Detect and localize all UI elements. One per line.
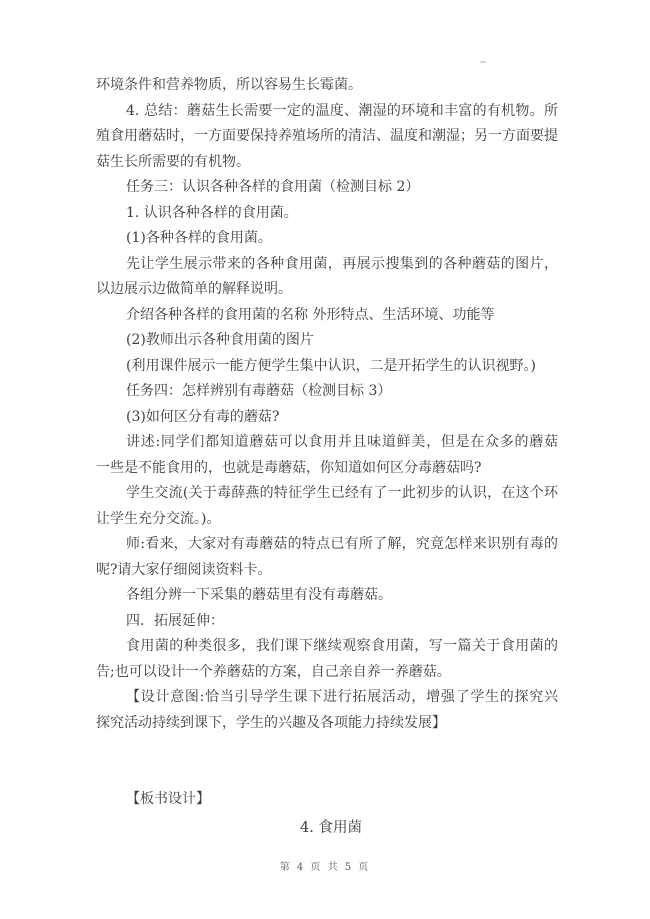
- text-line: 告;也可以设计一个养蘑菇的方案，自己亲自养一养蘑菇。: [96, 660, 558, 686]
- document-page: 环境条件和营养物质，所以容易生长霉菌。4. 总结：蘑菇生长需要一定的温度、潮湿的…: [0, 0, 650, 919]
- text-line: (3)如何区分有毒的蘑菇?: [96, 405, 558, 431]
- text-line: (1)各种各样的食用菌。: [96, 226, 558, 252]
- text-line: 一些是不能食用的，也就是毒蘑菇，你知道如何区分毒蘑菇吗?: [96, 456, 558, 482]
- text-line: 呢?请大家仔细阅读资料卡。: [96, 558, 558, 584]
- text-line: 学生交流(关于毒薛燕的特征学生已经有了一此初步的认识，在这个环节里: [96, 481, 558, 507]
- text-line: 介绍各种各样的食用菌的名称 外形特点、生活环境、功能等: [96, 303, 558, 329]
- text-line: 环境条件和营养物质，所以容易生长霉菌。: [96, 73, 558, 99]
- text-line: (2)教师出示各种食用菌的图片: [96, 328, 558, 354]
- text-line: 以边展示边做简单的解释说明。: [96, 277, 558, 303]
- text-line: 食用菌的种类很多，我们课下继续观察食用菌，写一篇关于食用菌的研究报: [96, 634, 558, 660]
- text-line: 【设计意图:恰当引导学生课下进行拓展活动，增强了学生的探究兴趣，将: [96, 685, 558, 711]
- text-line: 先让学生展示带来的各种食用菌，再展示搜集到的各种蘑菇的图片，学生可: [96, 252, 558, 278]
- text-line: 让学生充分交流。)。: [96, 507, 558, 533]
- text-line: 菇生长所需要的有机物。: [96, 150, 558, 176]
- text-line: (利用课件展示一能方便学生集中认识，二是开拓学生的认识视野。): [96, 354, 558, 380]
- text-line: 师:看来，大家对有毒蘑菇的特点已有所了解，究竟怎样来识别有毒的蘑菇: [96, 532, 558, 558]
- text-line: 1. 认识各种各样的食用菌。: [96, 201, 558, 227]
- board-design-heading: 【板书设计】: [126, 787, 210, 813]
- text-line: 讲述:同学们都知道蘑菇可以食用并且味道鲜美，但是在众多的蘑菇中，有: [96, 430, 558, 456]
- board-design-title: 4. 食用菌: [6, 816, 650, 842]
- text-line: 任务三：认识各种各样的食用菌（检测目标 2）: [96, 175, 558, 201]
- text-line: 殖食用蘑菇时，一方面要保持养殖场所的清洁、温度和潮湿；另一方面要提供蘑: [96, 124, 558, 150]
- text-line: 任务四：怎样辨别有毒蘑菇（检测目标 3）: [96, 379, 558, 405]
- text-line: 探究活动持续到课下，学生的兴趣及各项能力持续发展】: [96, 711, 558, 737]
- text-line: 4. 总结：蘑菇生长需要一定的温度、潮湿的环境和丰富的有机物。所以在养: [96, 99, 558, 125]
- smudge-artifact: [480, 61, 486, 63]
- document-body: 环境条件和营养物质，所以容易生长霉菌。4. 总结：蘑菇生长需要一定的温度、潮湿的…: [96, 73, 558, 736]
- page-number-footer: 第 4 页 共 5 页: [0, 860, 650, 876]
- text-line: 四．拓展延伸：: [96, 609, 558, 635]
- text-line: 各组分辨一下采集的蘑菇里有没有毒蘑菇。: [96, 583, 558, 609]
